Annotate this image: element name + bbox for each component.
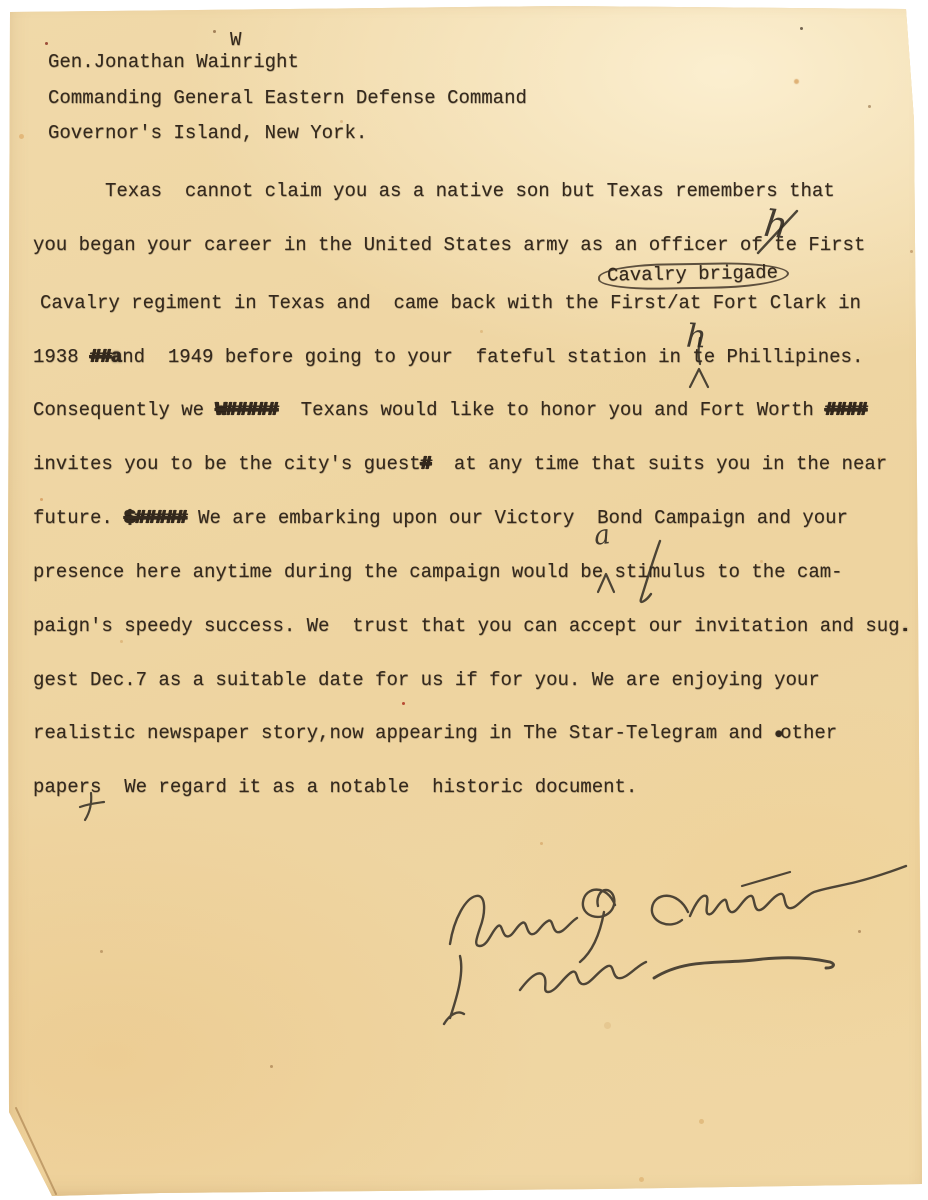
insert-cavalry-brigade: Cavalry brigade xyxy=(598,263,789,289)
typed-segment-strike: ## xyxy=(90,346,111,368)
scanned-letter: WGen.Jonathan WainrightCommanding Genera… xyxy=(0,0,928,1200)
typed-segment: Texans would like to honor you and Fort … xyxy=(278,399,825,421)
typed-segment: W xyxy=(230,29,241,51)
body-line-12: papers We regard it as a notable histori… xyxy=(33,777,637,799)
body-line-8: presence here anytime during the campaig… xyxy=(33,562,843,584)
typed-segment: nd 1949 before going to your fateful sta… xyxy=(122,346,692,368)
recipient-name: Gen.Jonathan Wainright xyxy=(48,52,299,74)
typed-segment: papers xyxy=(33,776,101,798)
typed-segment: Gen.Jonathan Wainright xyxy=(48,51,299,73)
typed-segment: invites you to be the city's guest xyxy=(33,453,421,475)
body-line-5: Consequently we W##### Texans would like… xyxy=(33,400,867,422)
paper-specks xyxy=(0,0,3,3)
typed-segment: future. xyxy=(33,507,124,529)
typed-segment: Governor's Island, New York. xyxy=(48,122,367,144)
typed-segment: other xyxy=(780,722,837,744)
w-overtype-correction: W xyxy=(230,30,241,52)
typed-segment-strike: #### xyxy=(825,399,867,421)
typed-segment: gest Dec.7 as a suitable date for us if … xyxy=(33,669,820,691)
typed-segment: First xyxy=(797,234,865,256)
typed-segment-heavy: a xyxy=(111,346,122,368)
typed-segment: Consequently we xyxy=(33,399,215,421)
body-line-9: paign's speedy success. We trust that yo… xyxy=(33,616,911,638)
body-line-2: you began your career in the United Stat… xyxy=(33,235,865,257)
body-line-10: gest Dec.7 as a suitable date for us if … xyxy=(33,670,820,692)
body-line-3: Cavalry regiment in Texas and came back … xyxy=(40,293,861,315)
typed-segment-heavy: . xyxy=(900,615,911,637)
typed-text-layer: WGen.Jonathan WainrightCommanding Genera… xyxy=(0,0,928,1200)
body-line-6: invites you to be the city's guest# at a… xyxy=(33,454,887,476)
typed-segment: Texas cannot claim you as a native son b… xyxy=(105,180,835,202)
typed-segment: realistic newspaper story,now appearing … xyxy=(33,722,774,744)
typed-segment: We regard it as a notable historic docum… xyxy=(101,776,637,798)
typed-segment: paign's speedy success. We trust that yo… xyxy=(33,615,900,637)
typed-segment: We are embarking upon our Victory Bond C… xyxy=(187,507,848,529)
handwritten-h-insertion-phillipines: h xyxy=(685,316,708,355)
typed-segment: Commanding General Eastern Defense Comma… xyxy=(48,87,527,109)
typed-segment: you began your career in the United Stat… xyxy=(33,234,774,256)
typed-segment-strike: W##### xyxy=(215,399,277,421)
body-line-1: Texas cannot claim you as a native son b… xyxy=(105,181,835,203)
recipient-title: Commanding General Eastern Defense Comma… xyxy=(48,88,527,110)
body-line-7: future. $##### We are embarking upon our… xyxy=(33,508,848,530)
typed-segment-strike: # xyxy=(421,453,431,475)
typed-segment: Cavalry regiment in Texas and came back … xyxy=(40,292,861,314)
body-line-4: 1938 ##and 1949 before going to your fat… xyxy=(33,347,863,369)
typed-segment-circled: Cavalry brigade xyxy=(598,261,789,290)
typed-segment-strike: $##### xyxy=(124,507,186,529)
typed-segment: 1938 xyxy=(33,346,90,368)
typed-segment: at any time that suits you in the near xyxy=(431,453,887,475)
typed-segment: presence here anytime during the campaig… xyxy=(33,561,843,583)
recipient-address: Governor's Island, New York. xyxy=(48,123,367,145)
letter-page: WGen.Jonathan WainrightCommanding Genera… xyxy=(0,0,928,1200)
body-line-11: realistic newspaper story,now appearing … xyxy=(33,723,837,745)
typed-segment: Phillipines. xyxy=(715,346,863,368)
